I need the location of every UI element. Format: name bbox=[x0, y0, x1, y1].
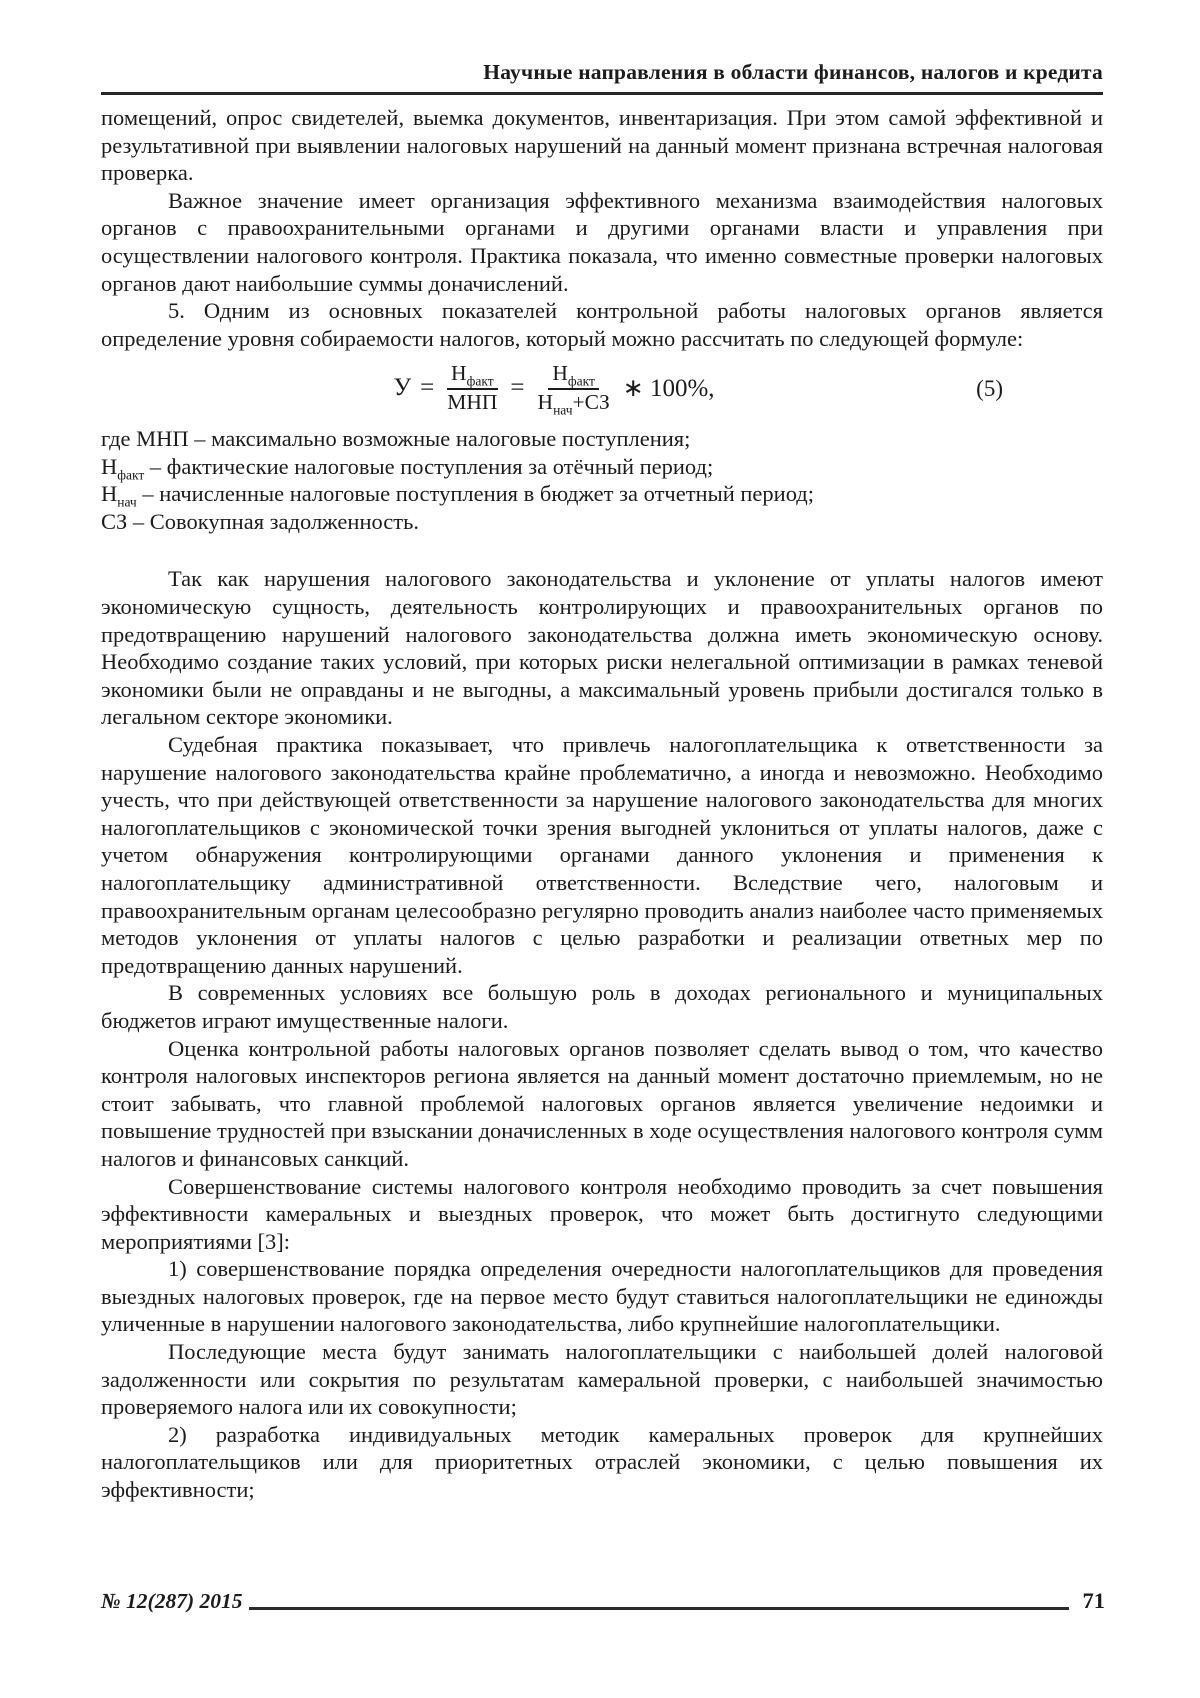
paragraph: Так как нарушения налогового законодател… bbox=[101, 565, 1103, 731]
definition-text: – начисленные налоговые поступления в бю… bbox=[137, 481, 814, 506]
definition-line: Ннач – начисленные налоговые поступления… bbox=[101, 480, 1103, 508]
paragraph: Важное значение имеет организация эффект… bbox=[101, 187, 1103, 297]
equals-sign: = bbox=[510, 374, 524, 402]
paragraph-list-item: 1) совершенствование порядка определения… bbox=[101, 1255, 1103, 1338]
numerator-base: Н bbox=[552, 361, 568, 385]
paragraph: Совершенствование системы налогового кон… bbox=[101, 1173, 1103, 1256]
definition-text: – Совокупная задолженность. bbox=[127, 509, 419, 534]
definition-line: СЗ – Совокупная задолженность. bbox=[101, 508, 1103, 536]
document-page: Научные направления в области финансов, … bbox=[0, 0, 1200, 1698]
journal-issue-label: № 12(287) 2015 bbox=[101, 1589, 243, 1614]
fraction-1: Нфакт МНП bbox=[443, 361, 501, 415]
formula-lhs: У bbox=[393, 374, 411, 402]
formula-multiplier: ∗ 100%, bbox=[623, 373, 715, 403]
fraction-2: Нфакт Ннач+СЗ bbox=[534, 361, 614, 415]
denominator-subscript: нач bbox=[553, 402, 572, 417]
paragraph: Судебная практика показывает, что привле… bbox=[101, 731, 1103, 979]
formula-block: У = Нфакт МНП = Нфакт Ннач+СЗ ∗ 100%, (5… bbox=[101, 352, 1103, 425]
definition-text: – максимально возможные налоговые поступ… bbox=[189, 426, 691, 451]
definition-term: Н bbox=[101, 454, 117, 479]
definition-line: Нфакт – фактические налоговые поступлени… bbox=[101, 453, 1103, 481]
numerator-base: Н bbox=[451, 361, 467, 385]
numerator-subscript: факт bbox=[568, 374, 595, 389]
page-footer: № 12(287) 2015 71 bbox=[101, 1588, 1105, 1614]
definition-line: где МНП – максимально возможные налоговы… bbox=[101, 425, 1103, 453]
formula-equation: У = Нфакт МНП = Нфакт Ннач+СЗ ∗ 100%, bbox=[393, 361, 714, 415]
numerator-subscript: факт bbox=[467, 374, 494, 389]
fraction-2-numerator: Нфакт bbox=[548, 361, 599, 389]
denominator-base: Н bbox=[538, 390, 554, 414]
running-head-title: Научные направления в области финансов, … bbox=[483, 60, 1103, 84]
definition-term: СЗ bbox=[101, 509, 127, 534]
definition-term: Н bbox=[101, 481, 117, 506]
footer-rule bbox=[249, 1607, 1069, 1610]
page-number: 71 bbox=[1083, 1588, 1106, 1614]
paragraph: 5. Одним из основных показателей контрол… bbox=[101, 297, 1103, 352]
equation-number: (5) bbox=[976, 376, 1003, 402]
denominator-tail: +СЗ bbox=[573, 390, 610, 414]
paragraph: В современных условиях все большую роль … bbox=[101, 979, 1103, 1034]
fraction-1-denominator: МНП bbox=[443, 390, 501, 415]
paragraph: Оценка контрольной работы налоговых орга… bbox=[101, 1035, 1103, 1173]
equals-sign: = bbox=[420, 374, 434, 402]
paragraph: Последующие места будут занимать налогоп… bbox=[101, 1338, 1103, 1421]
fraction-2-denominator: Ннач+СЗ bbox=[534, 390, 614, 415]
fraction-1-numerator: Нфакт bbox=[447, 361, 498, 389]
definition-term: где МНП bbox=[101, 426, 189, 451]
article-body: помещений, опрос свидетелей, выемка доку… bbox=[101, 104, 1103, 1504]
paragraph-continuation: помещений, опрос свидетелей, выемка доку… bbox=[101, 104, 1103, 187]
definition-text: – фактические налоговые поступления за о… bbox=[144, 454, 713, 479]
paragraph-list-item: 2) разработка индивидуальных методик кам… bbox=[101, 1421, 1103, 1504]
page-header: Научные направления в области финансов, … bbox=[101, 60, 1103, 95]
